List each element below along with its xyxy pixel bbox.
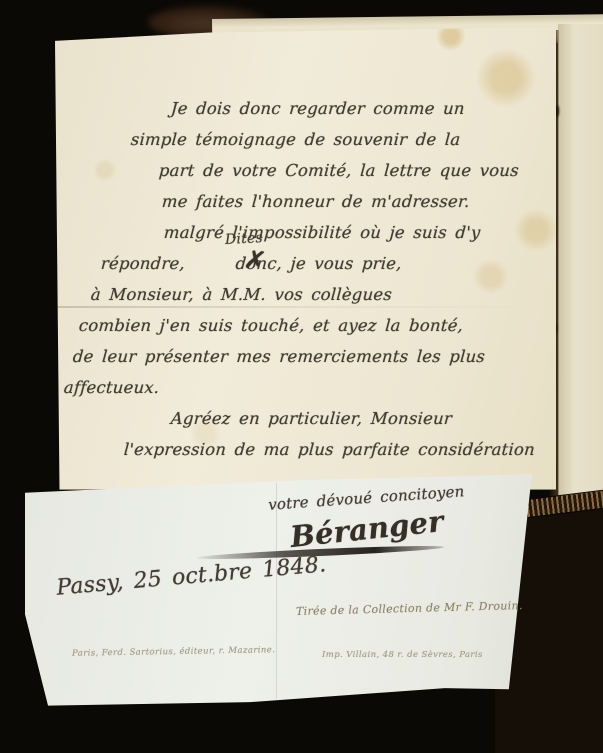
letter-line: à Monsieur, à M.M. vos collègues: [90, 279, 520, 310]
letter-line: simple témoignage de souvenir de la: [130, 124, 520, 155]
photographed-letter-page: Je dois donc regarder comme un simple té…: [0, 0, 603, 753]
letter-line: répondre, donc, je vous prie,: [100, 248, 520, 279]
letter-line: Agréez en particulier, Monsieur: [170, 403, 520, 434]
mount-fold-line: [276, 483, 277, 698]
letter-line: me faites l'honneur de m'adresser.: [161, 186, 520, 217]
letter-line: malgré l'impossibilité où je suis d'y: [163, 217, 520, 248]
letter-line: combien j'en suis touché, et ayez la bon…: [78, 310, 520, 341]
letter-sheet: Je dois donc regarder comme un simple té…: [55, 27, 556, 490]
facing-page: [558, 24, 603, 510]
letter-line: Je dois donc regarder comme un: [170, 93, 520, 124]
letter-body: Je dois donc regarder comme un simple té…: [60, 93, 520, 465]
letter-line: part de votre Comité, la lettre que vous: [158, 155, 520, 186]
letter-line: affectueux.: [63, 372, 520, 403]
letter-line: l'expression de ma plus parfaite considé…: [123, 434, 520, 465]
letter-line: de leur présenter mes remerciements les …: [72, 341, 520, 372]
printer-imprint: Imp. Villain, 48 r. de Sèvres, Paris: [322, 650, 483, 660]
